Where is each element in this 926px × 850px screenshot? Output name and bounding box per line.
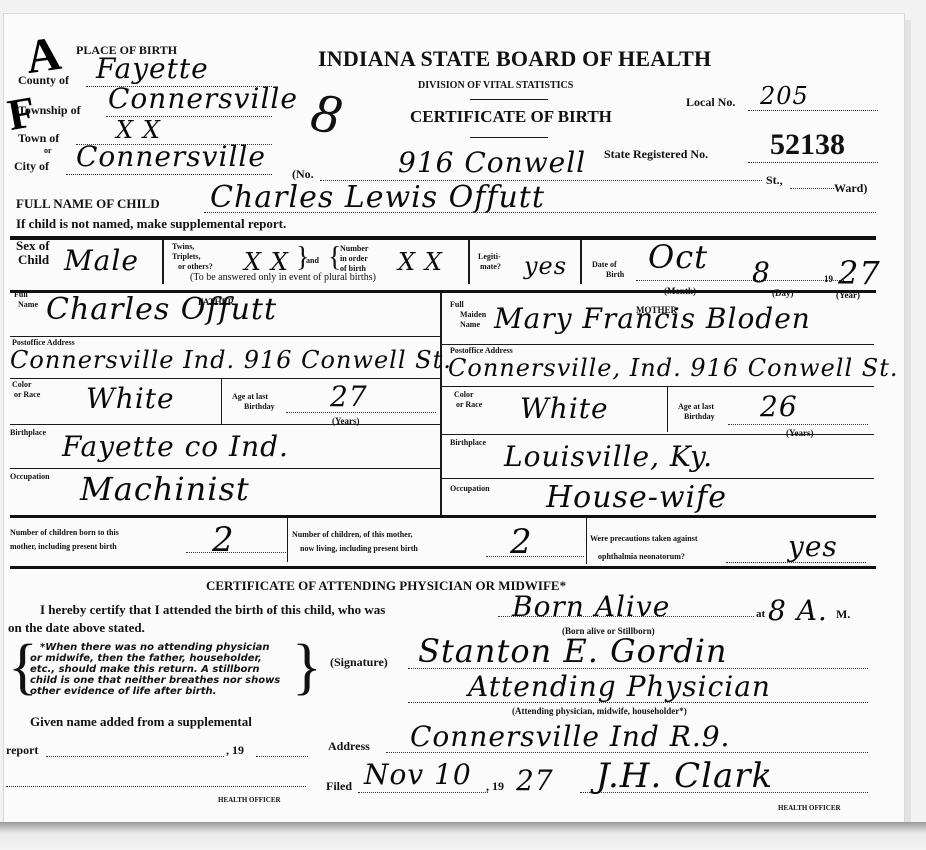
mother-race-label-1: Color bbox=[454, 390, 474, 399]
row-rule bbox=[442, 344, 874, 345]
born-alive-value: Born Alive bbox=[512, 590, 670, 623]
order-label-1: Number bbox=[340, 244, 368, 253]
note-brace-right: } bbox=[292, 636, 322, 698]
parents-divider bbox=[440, 293, 442, 515]
father-race-label-1: Color bbox=[12, 380, 32, 389]
state-registered-line bbox=[748, 162, 878, 163]
mother-occupation-value: House-wife bbox=[546, 480, 727, 515]
twins-label-2: Triplets, bbox=[172, 252, 201, 261]
father-birthplace-label: Birthplace bbox=[10, 428, 46, 437]
father-age-value: 27 bbox=[330, 380, 368, 413]
note-line: child is one that neither breathes nor s… bbox=[30, 675, 280, 686]
row-rule bbox=[10, 378, 440, 379]
mother-race-label-2: or Race bbox=[456, 400, 482, 409]
supplemental-year-prefix: , 19 bbox=[226, 744, 244, 756]
physician-title-value: Attending Physician bbox=[468, 670, 771, 703]
time-value: 8 A. bbox=[768, 594, 828, 627]
filed-year: 27 bbox=[516, 764, 554, 797]
cell-divider bbox=[667, 386, 668, 432]
plural-births-note: (To be answered only in event of plural … bbox=[190, 272, 376, 283]
local-no-value: 205 bbox=[760, 82, 809, 110]
physician-address-value: Connersville Ind R.9. bbox=[410, 720, 730, 753]
street-value: 916 Conwell bbox=[398, 146, 586, 179]
officer-signature: J.H. Clark bbox=[596, 756, 773, 796]
precautions-label-1: Were precautions taken against bbox=[590, 534, 697, 543]
note-line: or midwife, then the father, householder… bbox=[30, 653, 280, 664]
sex-label-2: Child bbox=[18, 254, 49, 266]
supplemental-officer-line bbox=[6, 786, 306, 787]
stillborn-note: *When there was no attending physician o… bbox=[30, 642, 280, 697]
mother-age-label-2: Birthday bbox=[684, 412, 715, 421]
children-living-line bbox=[486, 556, 584, 557]
mother-age-value: 26 bbox=[760, 390, 798, 423]
cell-divider bbox=[287, 518, 288, 562]
children-born-value: 2 bbox=[212, 520, 235, 560]
father-occupation-label: Occupation bbox=[10, 472, 50, 481]
cell-divider bbox=[162, 240, 164, 284]
township-label: Township of bbox=[18, 104, 81, 116]
form-title: CERTIFICATE OF BIRTH bbox=[410, 107, 612, 127]
division-subtitle: DIVISION OF VITAL STATISTICS bbox=[418, 80, 573, 91]
cell-divider bbox=[586, 518, 587, 564]
row-rule bbox=[10, 424, 440, 425]
father-birthplace-value: Fayette co Ind. bbox=[62, 430, 289, 463]
city-value: Connersville bbox=[76, 140, 266, 173]
row-rule bbox=[10, 336, 440, 337]
dob-label-1: Date of bbox=[592, 260, 617, 269]
father-age-label-2: Birthday bbox=[244, 402, 275, 411]
row-rule bbox=[10, 468, 440, 469]
order-label-2: in order bbox=[340, 254, 368, 263]
note-line: etc., should make this return. A stillbo… bbox=[30, 664, 280, 675]
filed-century: , 19 bbox=[486, 780, 504, 792]
row-rule bbox=[442, 386, 874, 387]
mother-name-label-3: Name bbox=[460, 320, 480, 329]
city-label: City of bbox=[14, 160, 49, 172]
title-rule-top bbox=[470, 99, 548, 100]
legitimate-label-1: Legiti- bbox=[478, 252, 501, 261]
cell-divider bbox=[468, 240, 470, 284]
local-no-label: Local No. bbox=[686, 96, 735, 108]
children-living-value: 2 bbox=[510, 522, 533, 562]
mother-name-label-2: Maiden bbox=[460, 310, 486, 319]
legitimate-value: yes bbox=[524, 252, 567, 280]
mother-age-label-1: Age at last bbox=[678, 402, 714, 411]
father-age-label-1: Age at last bbox=[232, 392, 268, 401]
father-name-label-1: Full bbox=[14, 290, 28, 299]
state-registered-label: State Registered No. bbox=[604, 148, 708, 160]
local-no-line bbox=[748, 110, 878, 111]
mother-occupation-label: Occupation bbox=[450, 484, 490, 493]
section-rule-1 bbox=[10, 236, 876, 240]
at-label: at bbox=[756, 608, 765, 620]
sex-value: Male bbox=[64, 244, 139, 277]
county-value: Fayette bbox=[96, 52, 209, 85]
twins-label-1: Twins, bbox=[172, 242, 194, 251]
physician-title-caption: (Attending physician, midwife, household… bbox=[512, 706, 687, 716]
supplemental-year-line bbox=[256, 756, 308, 757]
row-rule bbox=[442, 478, 874, 479]
precautions-value: yes bbox=[788, 530, 838, 563]
street-no-label: (No. bbox=[292, 168, 314, 180]
or-label: or bbox=[44, 146, 52, 155]
physician-address-label: Address bbox=[328, 740, 370, 752]
dob-month: Oct bbox=[648, 238, 708, 276]
sex-label-1: Sex of bbox=[16, 240, 50, 252]
child-full-name-label: FULL NAME OF CHILD bbox=[16, 198, 160, 210]
filed-date-line bbox=[358, 792, 488, 793]
and-label: and bbox=[306, 256, 319, 265]
mother-age-line bbox=[728, 424, 868, 425]
supplemental-officer-caption: HEALTH OFFICER bbox=[218, 796, 281, 804]
children-living-label-1: Number of children, of this mother, bbox=[292, 530, 413, 539]
row-rule bbox=[442, 434, 874, 435]
filing-officer-caption: HEALTH OFFICER bbox=[778, 804, 841, 812]
county-label: County of bbox=[18, 74, 69, 86]
father-name-label-2: Name bbox=[18, 300, 38, 309]
cell-divider bbox=[221, 378, 222, 424]
children-born-line bbox=[186, 552, 286, 553]
st-label: St., bbox=[766, 174, 783, 186]
order-value: X X bbox=[398, 248, 443, 276]
father-race-label-2: or Race bbox=[14, 390, 40, 399]
city-line bbox=[66, 174, 272, 175]
page-edge-right bbox=[905, 20, 911, 830]
ward-label: Ward) bbox=[834, 182, 867, 194]
note-line: other evidence of life after birth. bbox=[30, 686, 280, 697]
father-address-value: Connersville Ind. 916 Conwell St. bbox=[10, 346, 452, 374]
mother-address-value: Connersville, Ind. 916 Conwell St. bbox=[448, 354, 898, 382]
dob-century: 19 bbox=[824, 274, 833, 284]
mother-name-value: Mary Francis Bloden bbox=[494, 302, 811, 335]
children-living-label-2: now living, including present birth bbox=[300, 544, 418, 553]
children-born-label-1: Number of children born to this bbox=[10, 528, 119, 537]
cell-divider bbox=[580, 240, 582, 284]
mother-race-value: White bbox=[520, 392, 609, 425]
supplemental-report-label: report bbox=[6, 744, 38, 756]
twins-label-3: or others? bbox=[178, 262, 213, 271]
precautions-label-2: ophthalmia neonatorum? bbox=[598, 552, 685, 561]
signature-value: Stanton E. Gordin bbox=[418, 632, 728, 670]
dob-day: 8 bbox=[752, 256, 771, 289]
town-label: Town of bbox=[18, 132, 59, 144]
not-named-note: If child is not named, make supplemental… bbox=[16, 218, 286, 230]
ward-line bbox=[790, 188, 834, 189]
title-rule-bottom bbox=[470, 137, 548, 138]
children-born-label-2: mother, including present birth bbox=[10, 542, 117, 551]
m-label: M. bbox=[836, 608, 850, 620]
mother-years-caption: (Years) bbox=[786, 428, 814, 438]
filed-label: Filed bbox=[326, 780, 352, 792]
legitimate-label-2: mate? bbox=[480, 262, 501, 271]
father-name-value: Charles Offutt bbox=[46, 292, 277, 327]
dob-label-2: Birth bbox=[606, 270, 624, 279]
mother-birthplace-label: Birthplace bbox=[450, 438, 486, 447]
supplemental-report-line bbox=[46, 756, 224, 757]
page-edge-bottom bbox=[0, 822, 926, 850]
filed-date: Nov 10 bbox=[364, 758, 472, 791]
signature-label: (Signature) bbox=[330, 656, 388, 668]
father-race-value: White bbox=[86, 382, 175, 415]
certify-text-1: I hereby certify that I attended the bir… bbox=[40, 602, 385, 618]
agency-title: INDIANA STATE BOARD OF HEALTH bbox=[318, 46, 711, 72]
note-line: *When there was no attending physician bbox=[30, 642, 280, 653]
township-value: Connersville bbox=[108, 82, 298, 115]
mother-name-label-1: Full bbox=[450, 300, 464, 309]
mother-birthplace-value: Louisville, Ky. bbox=[504, 440, 713, 473]
state-registered-value: 52138 bbox=[770, 128, 845, 162]
dob-year: 27 bbox=[838, 254, 881, 292]
section-rule-3 bbox=[10, 515, 876, 518]
father-occupation-value: Machinist bbox=[80, 470, 250, 508]
supplemental-text: Given name added from a supplemental bbox=[30, 714, 252, 730]
section-rule-4 bbox=[10, 566, 876, 569]
dob-line bbox=[636, 280, 844, 281]
child-full-name-value: Charles Lewis Offutt bbox=[210, 180, 545, 215]
